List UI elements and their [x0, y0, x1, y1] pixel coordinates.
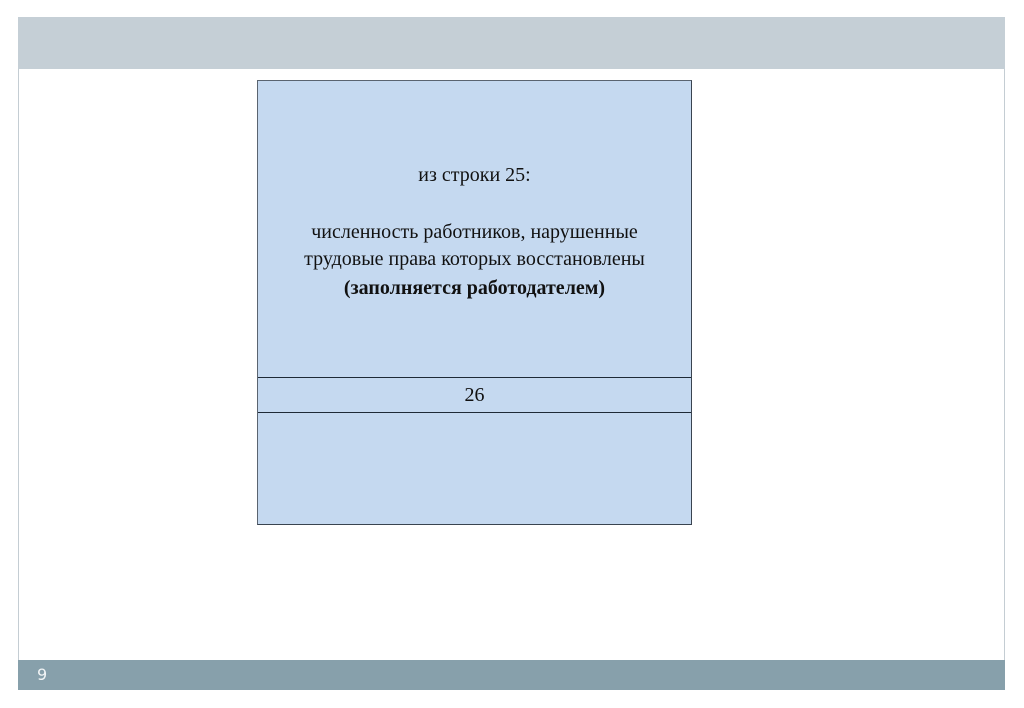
form-table-column: из строки 25: численность работников, на… — [257, 80, 692, 525]
column-header-cell: из строки 25: численность работников, на… — [258, 81, 691, 378]
header-note: (заполняется работодателем) — [258, 277, 691, 300]
slide-footer-band — [18, 660, 1005, 690]
value-cell — [258, 413, 691, 524]
slide-title-band — [18, 17, 1005, 69]
header-description-line-1: численность работников, нарушенные — [258, 221, 691, 244]
page-number: 9 — [37, 664, 47, 686]
header-reference-text: из строки 25: — [258, 164, 691, 187]
column-code-cell: 26 — [258, 378, 691, 413]
header-description-line-2: трудовые права которых восстановлены — [258, 248, 691, 271]
